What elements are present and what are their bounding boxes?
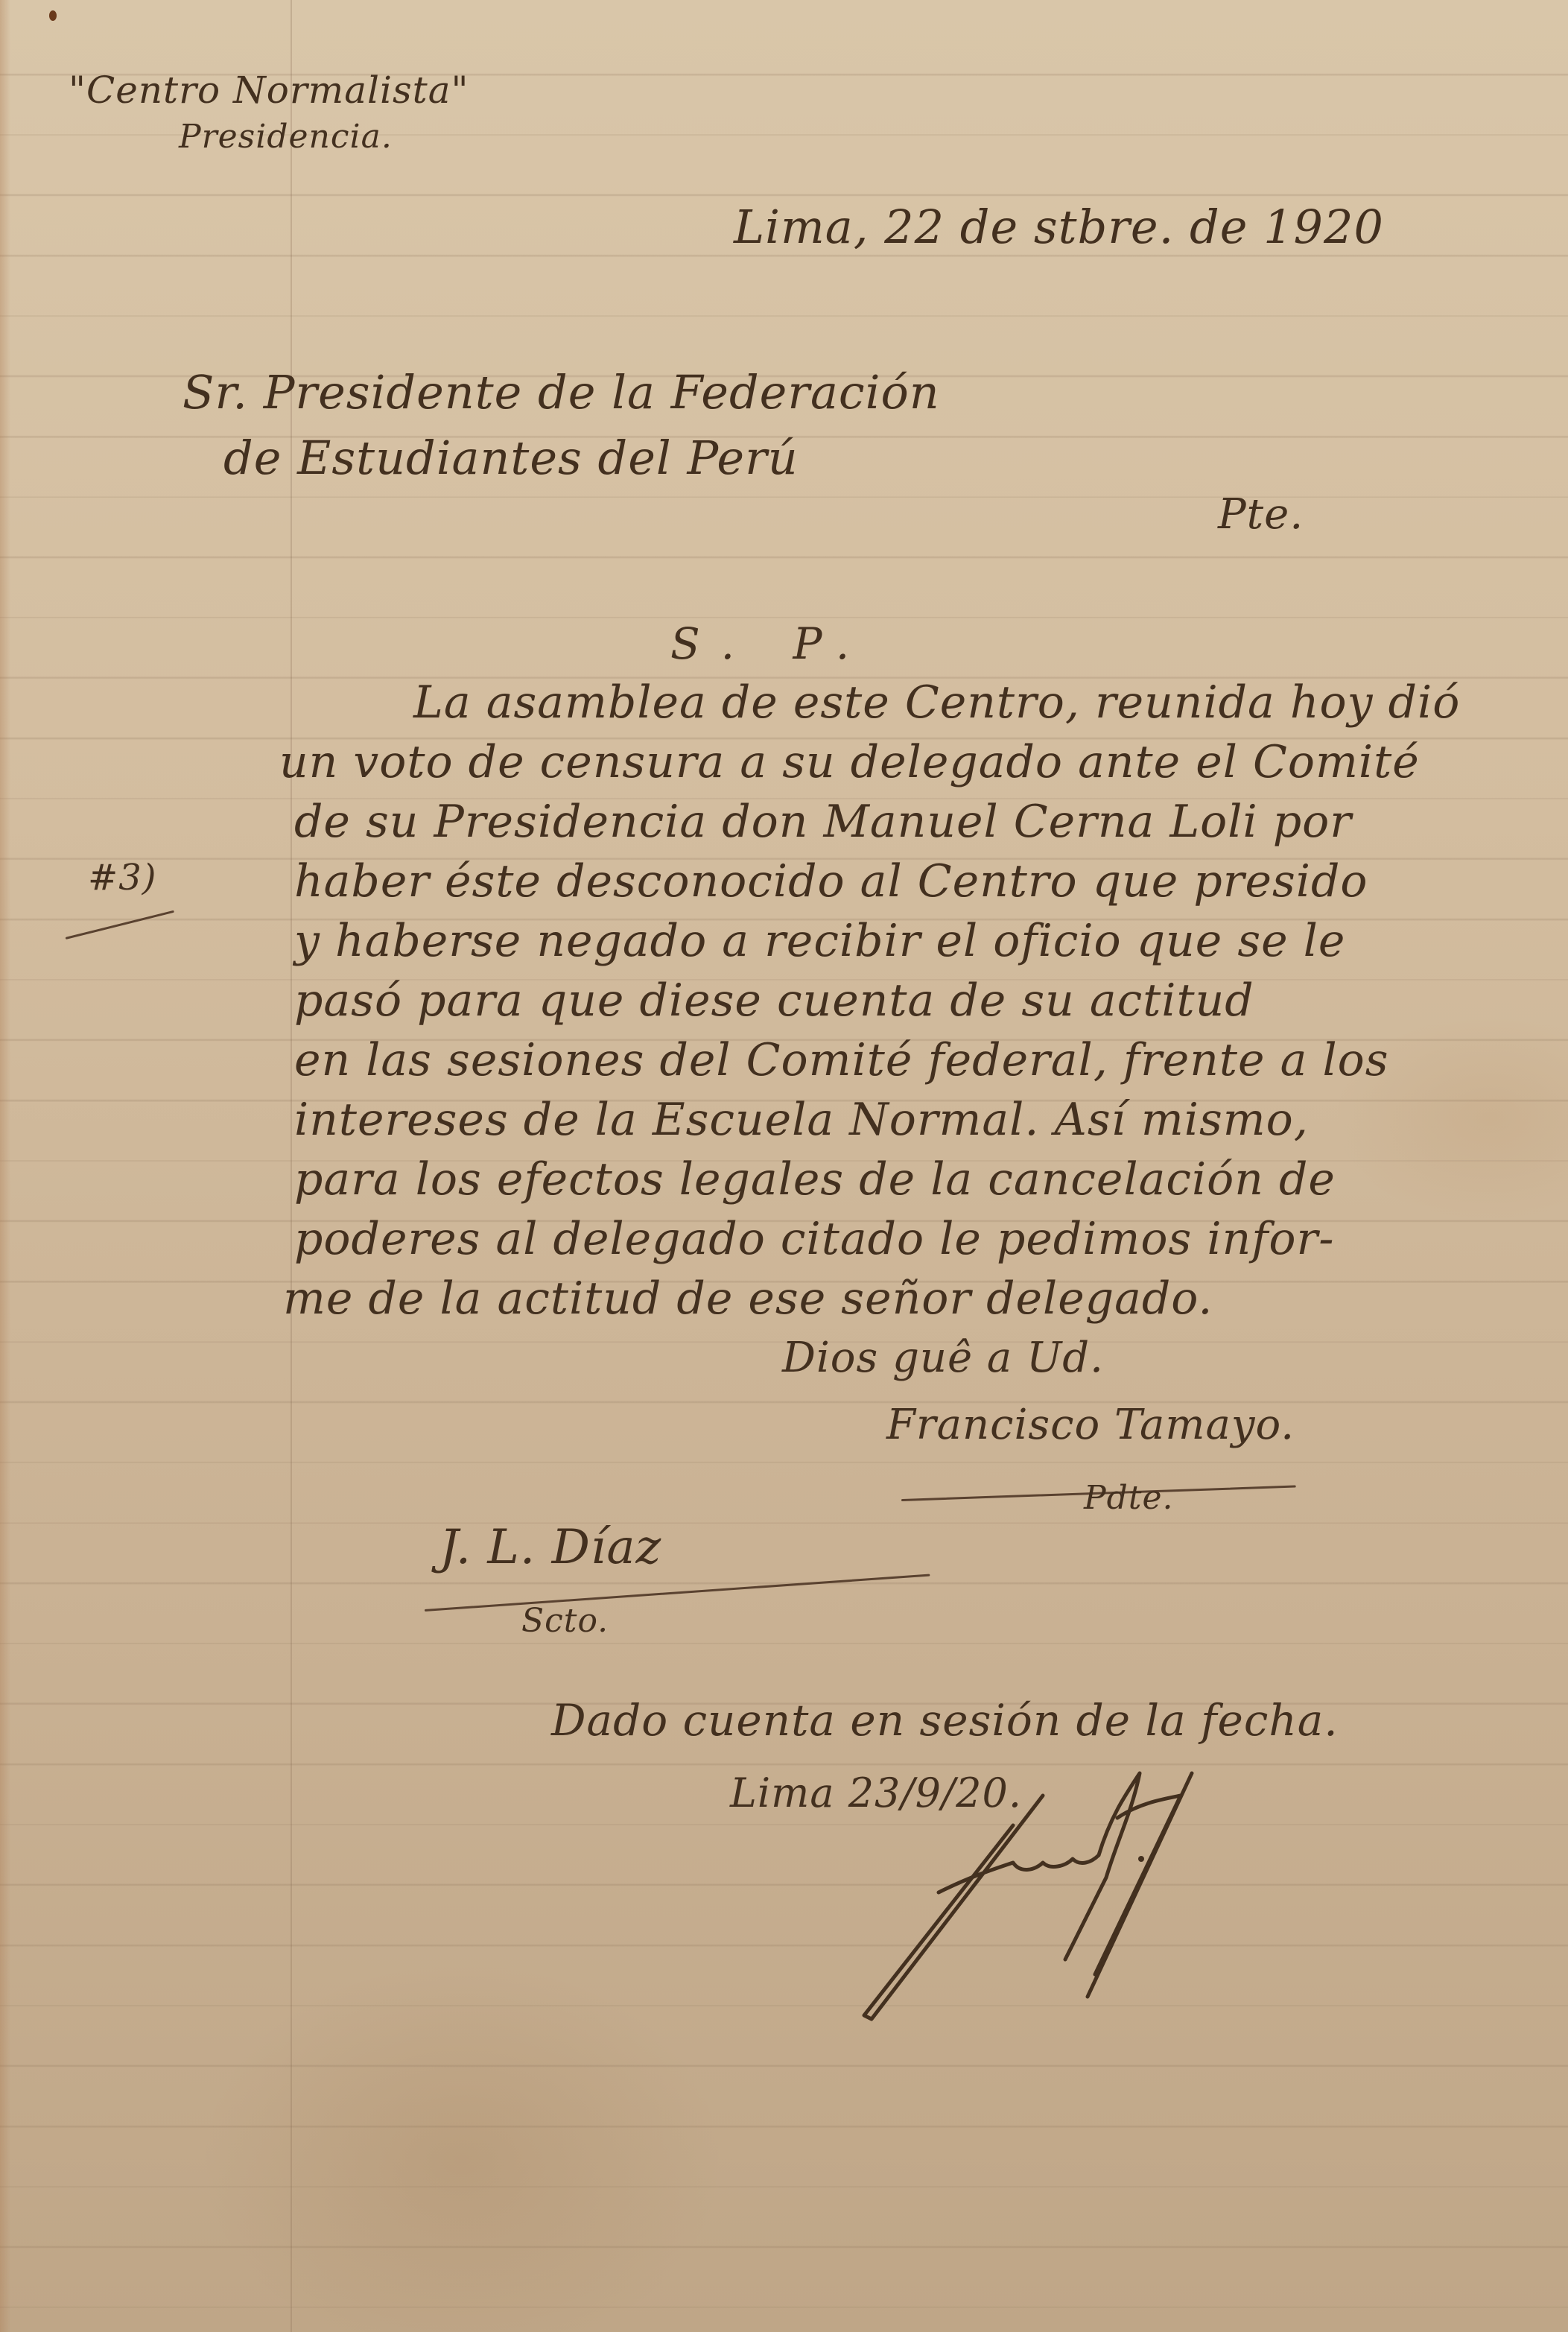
body-line: haber éste desconocido al Centro que pre… (294, 855, 1368, 907)
body-line: de su Presidencia don Manuel Cerna Loli … (294, 796, 1352, 848)
letterhead-organization: "Centro Normalista" (69, 69, 469, 112)
body-line: me de la actitud de ese señor delegado. (283, 1273, 1213, 1325)
closing: Dios guê a Ud. (782, 1334, 1104, 1382)
letter-page: "Centro Normalista" Presidencia. Lima, 2… (0, 0, 1568, 2332)
body-line: para los efectos legales de la cancelaci… (294, 1153, 1336, 1205)
body-line: poderes al delegado citado le pedimos in… (294, 1213, 1335, 1265)
body-line: La asamblea de este Centro, reunida hoy … (413, 677, 1460, 729)
body-line: en las sesiones del Comité federal, fren… (294, 1034, 1389, 1086)
paper-edge-stain (0, 0, 10, 2332)
president-signature: Francisco Tamayo. (886, 1401, 1295, 1449)
body-line: intereses de la Escuela Normal. Así mism… (294, 1094, 1309, 1146)
margin-note: #3) (88, 857, 156, 899)
secretary-title: Scto. (521, 1602, 609, 1640)
ink-spot (49, 10, 57, 21)
body-line: un voto de censura a su delegado ante el… (279, 736, 1420, 788)
body-line: pasó para que diese cuenta de su actitud (294, 975, 1254, 1027)
body-line: y haberse negado a recibir el oficio que… (294, 915, 1345, 967)
president-title: Pdte. (1084, 1479, 1173, 1517)
date-line: Lima, 22 de stbre. de 1920 (734, 200, 1384, 254)
recipient-line-2: de Estudiantes del Perú (223, 431, 799, 485)
margin-line (291, 0, 292, 2332)
letterhead-office: Presidencia. (179, 118, 393, 156)
recipient-location: Pte. (1218, 490, 1304, 539)
endorsement-line-1: Dado cuenta en sesión de la fecha. (551, 1695, 1339, 1746)
secretary-signature: J. L. Díaz (439, 1520, 661, 1575)
endorsement-signature-flourish (842, 1743, 1363, 2041)
recipient-line-1: Sr. Presidente de la Federación (182, 365, 940, 419)
salutation: S. P. (670, 618, 872, 669)
